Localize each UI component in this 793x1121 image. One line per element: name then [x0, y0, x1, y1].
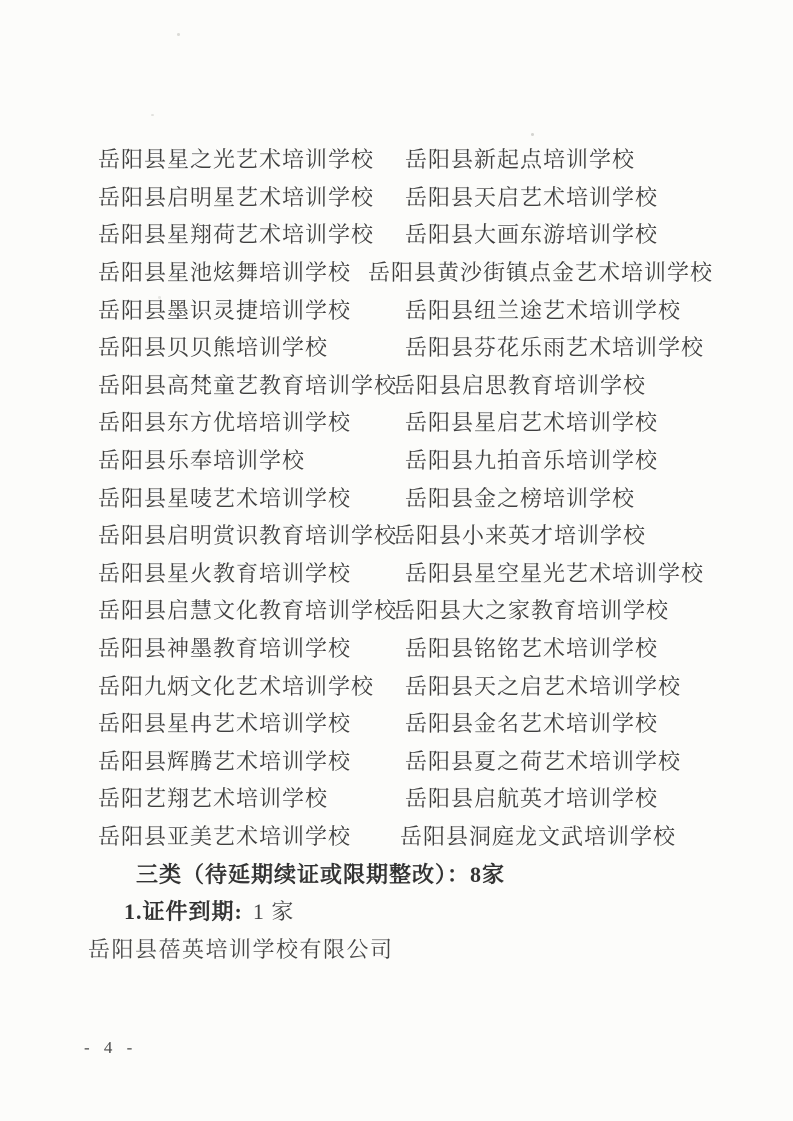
document-body: 岳阳县星之光艺术培训学校 岳阳县新起点培训学校 岳阳县启明星艺术培训学校 岳阳县…: [98, 140, 758, 967]
school-name: 岳阳县洞庭龙文武培训学校: [400, 820, 676, 851]
sub-item-label: 1.证件到期:: [124, 895, 243, 926]
school-name: 岳阳县启航英才培训学校: [405, 782, 658, 813]
school-name: 岳阳县辉腾艺术培训学校: [98, 745, 405, 776]
school-row: 岳阳九炳文化艺术培训学校 岳阳县天之启艺术培训学校: [98, 666, 758, 704]
school-name: 岳阳县新起点培训学校: [405, 143, 635, 174]
school-row: 岳阳县星之光艺术培训学校 岳阳县新起点培训学校: [98, 140, 758, 178]
school-name: 岳阳县星空星光艺术培训学校: [405, 557, 704, 588]
school-name: 岳阳县启慧文化教育培训学校: [98, 594, 405, 625]
school-name: 岳阳县启思教育培训学校: [393, 369, 646, 400]
school-name: 岳阳县启明星艺术培训学校: [98, 181, 405, 212]
school-row: 岳阳县贝贝熊培训学校 岳阳县芬花乐雨艺术培训学校: [98, 328, 758, 366]
school-row: 岳阳县亚美艺术培训学校 岳阳县洞庭龙文武培训学校: [98, 817, 758, 855]
school-name: 岳阳县亚美艺术培训学校: [98, 820, 405, 851]
company-name: 岳阳县蓓英培训学校有限公司: [88, 929, 758, 967]
school-row: 岳阳县启明赏识教育培训学校 岳阳县小来英才培训学校: [98, 516, 758, 554]
school-name: 岳阳县乐奉培训学校: [98, 444, 405, 475]
school-row: 岳阳县星冉艺术培训学校 岳阳县金名艺术培训学校: [98, 704, 758, 742]
school-name: 岳阳县夏之荷艺术培训学校: [405, 745, 681, 776]
school-name: 岳阳县大画东游培训学校: [405, 218, 658, 249]
school-name: 岳阳县启明赏识教育培训学校: [98, 519, 405, 550]
school-name: 岳阳县小来英才培训学校: [393, 519, 646, 550]
school-name: 岳阳县墨识灵捷培训学校: [98, 294, 405, 325]
school-row: 岳阳县墨识灵捷培训学校 岳阳县纽兰途艺术培训学校: [98, 290, 758, 328]
school-name: 岳阳九炳文化艺术培训学校: [98, 670, 405, 701]
school-name: 岳阳县星翔荷艺术培训学校: [98, 218, 405, 249]
school-name: 岳阳县天启艺术培训学校: [405, 181, 658, 212]
school-row: 岳阳县星火教育培训学校 岳阳县星空星光艺术培训学校: [98, 554, 758, 592]
school-row: 岳阳县星翔荷艺术培训学校 岳阳县大画东游培训学校: [98, 215, 758, 253]
sub-item-count: 1 家: [253, 895, 295, 926]
school-row: 岳阳县高梵童艺教育培训学校 岳阳县启思教育培训学校: [98, 366, 758, 404]
school-name: 岳阳县星唛艺术培训学校: [98, 482, 405, 513]
school-row: 岳阳县乐奉培训学校 岳阳县九拍音乐培训学校: [98, 441, 758, 479]
school-row: 岳阳县启明星艺术培训学校 岳阳县天启艺术培训学校: [98, 178, 758, 216]
school-row: 岳阳县星池炫舞培训学校 岳阳县黄沙街镇点金艺术培训学校: [98, 253, 758, 291]
school-name: 岳阳县星池炫舞培训学校: [98, 256, 405, 287]
school-name: 岳阳县纽兰途艺术培训学校: [405, 294, 681, 325]
school-name: 岳阳县大之家教育培训学校: [393, 594, 669, 625]
scan-speck: [531, 133, 534, 136]
sub-item-expired-certificate: 1.证件到期: 1 家: [98, 892, 758, 930]
school-name: 岳阳县铭铭艺术培训学校: [405, 632, 658, 663]
page-number: - 4 -: [84, 1038, 137, 1058]
school-name: 岳阳县金名艺术培训学校: [405, 707, 658, 738]
scan-speck: [151, 114, 154, 116]
school-name: 岳阳县金之榜培训学校: [405, 482, 635, 513]
school-name: 岳阳县芬花乐雨艺术培训学校: [405, 331, 704, 362]
school-name: 岳阳县星启艺术培训学校: [405, 406, 658, 437]
school-name: 岳阳县九拍音乐培训学校: [405, 444, 658, 475]
school-row: 岳阳艺翔艺术培训学校 岳阳县启航英才培训学校: [98, 779, 758, 817]
school-name: 岳阳县神墨教育培训学校: [98, 632, 405, 663]
scan-speck: [177, 33, 180, 36]
school-name: 岳阳县星火教育培训学校: [98, 557, 405, 588]
school-row: 岳阳县星唛艺术培训学校 岳阳县金之榜培训学校: [98, 478, 758, 516]
school-row: 岳阳县神墨教育培训学校 岳阳县铭铭艺术培训学校: [98, 629, 758, 667]
school-row: 岳阳县辉腾艺术培训学校 岳阳县夏之荷艺术培训学校: [98, 742, 758, 780]
school-name: 岳阳县高梵童艺教育培训学校: [98, 369, 405, 400]
school-name: 岳阳艺翔艺术培训学校: [98, 782, 405, 813]
school-name: 岳阳县东方优培培训学校: [98, 406, 405, 437]
school-name: 岳阳县贝贝熊培训学校: [98, 331, 405, 362]
school-name: 岳阳县黄沙街镇点金艺术培训学校: [368, 256, 713, 287]
school-name: 岳阳县星之光艺术培训学校: [98, 143, 405, 174]
scanned-document-page: 岳阳县星之光艺术培训学校 岳阳县新起点培训学校 岳阳县启明星艺术培训学校 岳阳县…: [0, 0, 793, 1121]
school-name: 岳阳县天之启艺术培训学校: [405, 670, 681, 701]
school-name: 岳阳县星冉艺术培训学校: [98, 707, 405, 738]
section-heading-category3: 三类（待延期续证或限期整改）：8家: [98, 854, 758, 892]
school-row: 岳阳县东方优培培训学校 岳阳县星启艺术培训学校: [98, 403, 758, 441]
school-row: 岳阳县启慧文化教育培训学校 岳阳县大之家教育培训学校: [98, 591, 758, 629]
